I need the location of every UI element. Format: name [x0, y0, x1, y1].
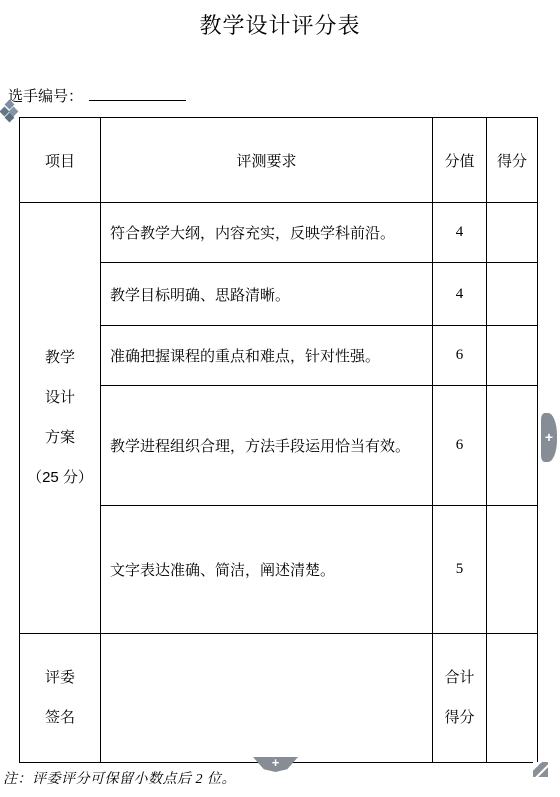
score-input-cell[interactable] [487, 506, 538, 634]
requirement-cell: 准确把握课程的重点和难点，针对性强。 [101, 326, 433, 386]
score-table: 项目 评测要求 分值 得分 教学 设计 方案 （25 分） 符合教学大纲，内容充… [19, 117, 538, 763]
add-row-button[interactable]: + [253, 757, 298, 772]
score-input-cell[interactable] [487, 263, 538, 326]
table-row: 教学 设计 方案 （25 分） 符合教学大纲，内容充实，反映学科前沿。 4 [20, 203, 538, 263]
table-footer-row: 评委 签名 合计 得分 [20, 634, 538, 763]
requirement-cell: 符合教学大纲，内容充实，反映学科前沿。 [101, 203, 433, 263]
total-score-label-line: 得分 [433, 698, 486, 738]
score-input-cell[interactable] [487, 203, 538, 263]
judge-signature-label-cell: 评委 签名 [20, 634, 101, 763]
judge-signature-label-line: 评委 [20, 658, 100, 698]
document-page: 教学设计评分表 选手编号： 项目 评测要求 分值 得分 教学 设计 方案 （25… [0, 0, 560, 797]
add-column-button[interactable]: + [541, 413, 557, 462]
requirement-cell: 教学进程组织合理，方法手段运用恰当有效。 [101, 386, 433, 506]
item-group-line: 教学 [20, 338, 100, 378]
judge-signature-input-cell[interactable] [101, 634, 433, 763]
max-score-cell: 6 [433, 326, 487, 386]
header-cell-score: 得分 [487, 118, 538, 203]
contestant-number-blank[interactable] [89, 84, 186, 101]
item-group-cell: 教学 设计 方案 （25 分） [20, 203, 101, 634]
judge-signature-label-line: 签名 [20, 698, 100, 738]
requirement-cell: 教学目标明确、思路清晰。 [101, 263, 433, 326]
plus-icon: + [272, 755, 280, 770]
header-cell-requirement: 评测要求 [101, 118, 433, 203]
table-header-row: 项目 评测要求 分值 得分 [20, 118, 538, 203]
footnote: 注：评委评分可保留小数点后 2 位。 [3, 768, 236, 788]
total-score-label-cell: 合计 得分 [433, 634, 487, 763]
requirement-cell: 文字表达准确、简洁，阐述清楚。 [101, 506, 433, 634]
item-group-line: （25 分） [20, 458, 100, 498]
score-input-cell[interactable] [487, 386, 538, 506]
max-score-cell: 4 [433, 203, 487, 263]
max-score-cell: 6 [433, 386, 487, 506]
plus-icon: + [545, 429, 553, 445]
item-group-line: 设计 [20, 378, 100, 418]
total-score-label-line: 合计 [433, 658, 486, 698]
item-group-line: 方案 [20, 418, 100, 458]
total-score-input-cell[interactable] [487, 634, 538, 763]
header-cell-max-score: 分值 [433, 118, 487, 203]
max-score-cell: 5 [433, 506, 487, 634]
table-move-handle-icon[interactable] [1, 100, 17, 122]
contestant-number-label: 选手编号： [8, 88, 83, 105]
score-input-cell[interactable] [487, 326, 538, 386]
contestant-number-row: 选手编号： [8, 84, 186, 106]
table-resize-grip-icon[interactable] [533, 762, 548, 777]
page-title: 教学设计评分表 [0, 9, 560, 40]
max-score-cell: 4 [433, 263, 487, 326]
header-cell-item: 项目 [20, 118, 101, 203]
